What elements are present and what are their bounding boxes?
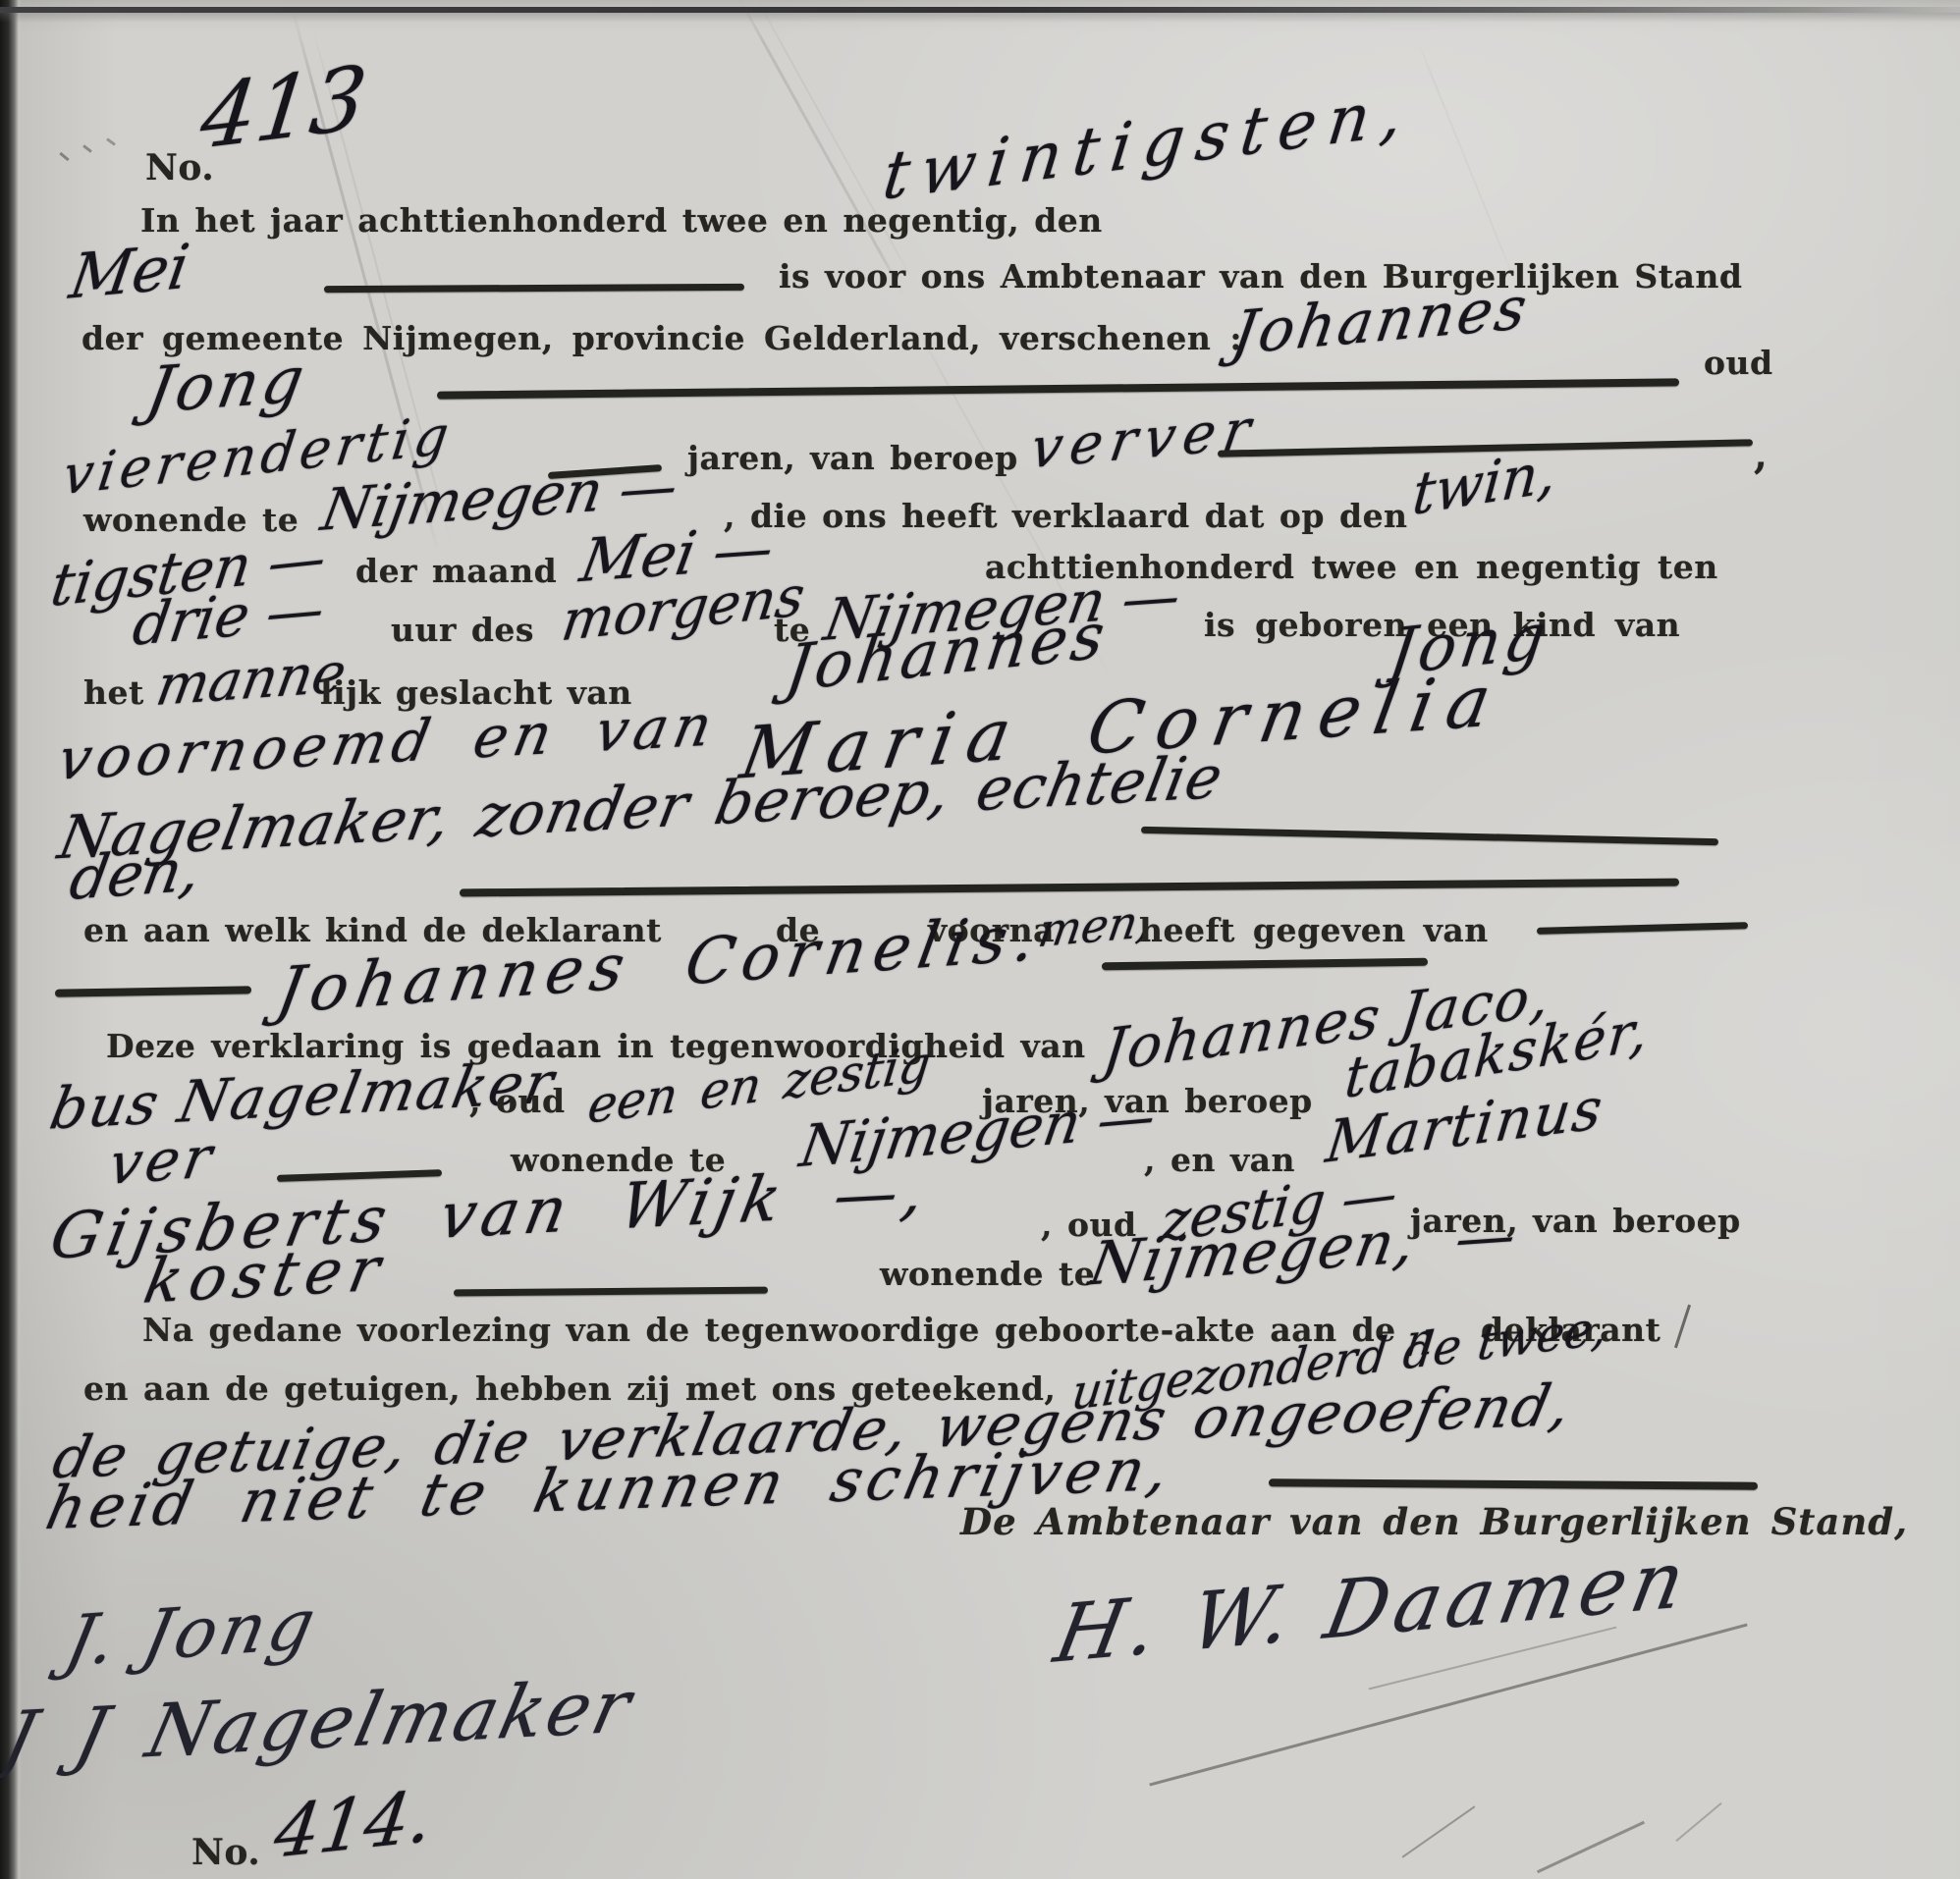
fill-in-rule — [460, 879, 1679, 897]
preprinted-verklaard-line: , die ons heeft verklaard dat op den — [724, 497, 1408, 535]
fill-in-rule — [1141, 827, 1718, 845]
hand-witness2-occupation: koster — [138, 1232, 394, 1317]
preprinted-registrar-line: is voor ons Ambtenaar van den Burgerlijk… — [779, 257, 1742, 295]
book-gutter-edge — [0, 0, 22, 1879]
crease-line — [1416, 38, 1517, 285]
hand-occupation-part2: ver — [104, 1123, 221, 1198]
hand-witness2-residence: Nijmegen, — — [1084, 1200, 1523, 1299]
hand-registration-month: Mei — [65, 230, 193, 313]
preprinted-uur-des: uur des — [391, 611, 534, 649]
signature-witness: J J Nagelmaker — [0, 1664, 641, 1783]
preprinted-en-van: , en van — [1144, 1141, 1295, 1179]
fill-in-rule — [324, 284, 744, 293]
signature-declarant: J. Jong — [58, 1583, 325, 1682]
next-entry-stroke — [1537, 1821, 1645, 1873]
hand-voornamen-suffix: men, — [1035, 894, 1156, 958]
preprinted-het: het — [83, 673, 144, 712]
record-number-value: 413 — [195, 46, 372, 170]
preprinted-year-line: In het jaar achttienhonderd twee en nege… — [140, 201, 1103, 240]
next-entry-stroke — [1402, 1805, 1476, 1857]
preprinted-oud: oud — [1704, 344, 1773, 382]
fill-in-rule — [55, 986, 251, 996]
preprinted-voorlezing-line: Na gedane voorlezing van de tegenwoordig… — [142, 1311, 1396, 1349]
fill-in-rule — [1102, 958, 1428, 971]
next-record-number-value: 414. — [269, 1774, 437, 1874]
pen-dash — [277, 1169, 442, 1182]
pen-slash — [1674, 1305, 1691, 1349]
preprinted-wonende-te-3: wonende te — [880, 1255, 1095, 1293]
preprinted-comma: , — [1754, 432, 1768, 478]
ink-speck — [106, 137, 116, 145]
fill-in-rule — [437, 378, 1679, 399]
hand-declarant-surname: Jong — [141, 344, 313, 428]
ink-speck — [82, 144, 92, 153]
preprinted-beroep-line: jaren, van beroep — [687, 439, 1018, 477]
hand-echtelieden-suffix: den, — [65, 835, 206, 914]
crease-line — [738, 0, 905, 296]
preprinted-oud-2: , oud — [469, 1082, 566, 1120]
fill-in-rule — [1537, 922, 1748, 935]
hand-registration-day: twintigsten, — [879, 73, 1418, 215]
signature-registrar: H. W. Daamen — [1048, 1532, 1698, 1681]
preprinted-heeft-gegeven-van: heeft gegeven van — [1139, 911, 1489, 949]
preprinted-der-maand: der maand — [355, 552, 557, 590]
next-record-number-label: No. — [191, 1832, 260, 1873]
preprinted-verklaring-line: Deze verklaring is gedaan in tegenwoordi… — [106, 1027, 1086, 1065]
ink-speck — [59, 152, 69, 161]
official-title: De Ambtenaar van den Burgerlijken Stand, — [960, 1500, 1908, 1543]
next-entry-stroke — [1675, 1802, 1721, 1842]
fill-in-rule — [1269, 1478, 1758, 1489]
hand-declarant-occupation: verver — [1026, 397, 1263, 481]
document-page: No. 413 In het jaar achttienhonderd twee… — [0, 0, 1960, 1879]
fill-in-rule — [454, 1287, 768, 1297]
